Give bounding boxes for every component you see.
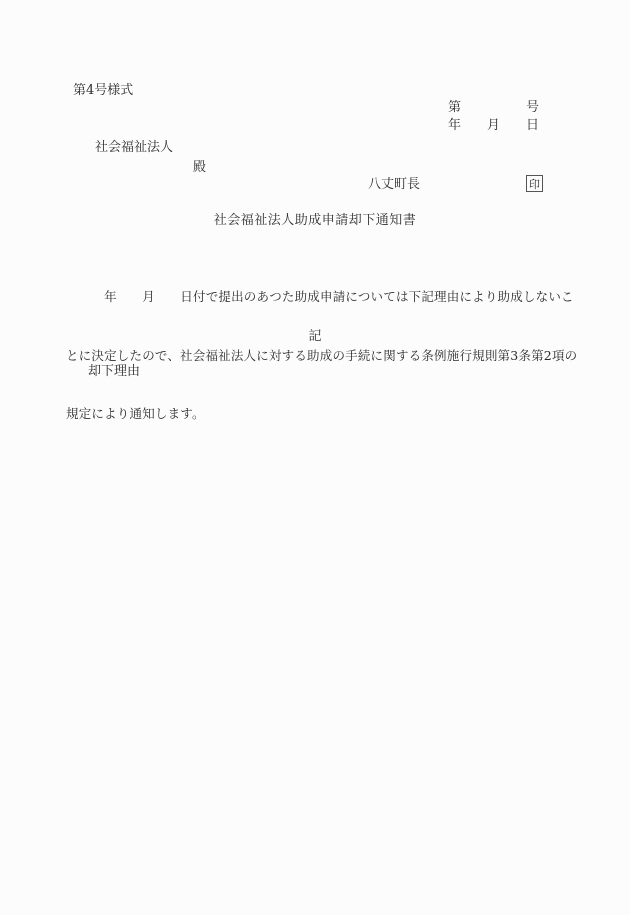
rejection-reason-label: 却下理由 xyxy=(88,365,140,380)
body-paragraph: 年 月 日付で提出のあつた助成申請については下記理由により助成しないこ とに決定… xyxy=(66,248,576,463)
body-line-2: とに決定したので、社会福祉法人に対する助成の手続に関する条例施行規則第3条第2項… xyxy=(66,346,576,366)
date-blank-line: 年 月 日 xyxy=(448,119,539,134)
form-number-label: 第4号様式 xyxy=(73,84,133,99)
addressee-name: 社会福祉法人 xyxy=(95,141,173,156)
document-number-line: 第 号 xyxy=(448,101,539,116)
sender-title: 八丈町長 xyxy=(368,178,420,193)
body-line-1: 年 月 日付で提出のあつた助成申請については下記理由により助成しないこ xyxy=(66,287,576,307)
seal-stamp-icon: 印 xyxy=(526,175,543,192)
document-title: 社会福祉法人助成申請却下通知書 xyxy=(0,214,630,229)
addressee-honorific: 殿 xyxy=(193,161,206,176)
document-page: 第4号様式 第 号 年 月 日 社会福祉法人 殿 八丈町長 印 社会福祉法人助成… xyxy=(0,0,630,915)
body-line-3: 規定により通知します。 xyxy=(66,404,576,424)
record-marker: 記 xyxy=(0,330,630,345)
